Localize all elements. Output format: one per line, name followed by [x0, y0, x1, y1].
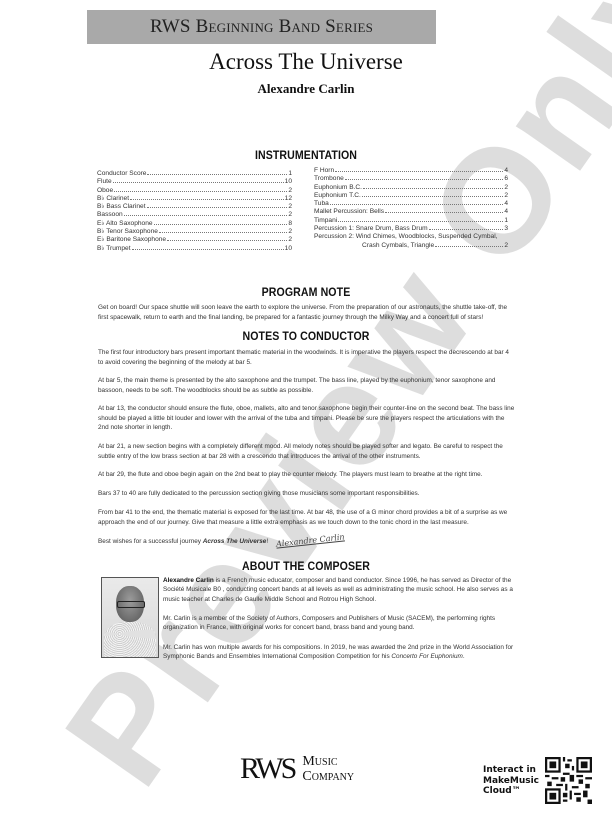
instrument-name: B♭ Trumpet	[97, 245, 131, 253]
leader-dots	[167, 240, 287, 241]
leader-dots	[335, 171, 503, 172]
instrument-count: 1	[288, 170, 292, 178]
notes-to-conductor-heading: NOTES TO CONDUCTOR	[24, 331, 587, 343]
instrument-row: Timpani1	[314, 217, 508, 225]
leader-dots	[330, 204, 504, 205]
leader-dots	[147, 174, 287, 175]
instrument-name: Flute	[97, 178, 112, 186]
instrument-name: B♭ Bass Clarinet	[97, 203, 146, 211]
leader-dots	[363, 188, 503, 189]
leader-dots	[154, 224, 288, 225]
instrument-name: Bassoon	[97, 211, 123, 219]
instrument-count: 4	[504, 208, 508, 216]
cloud-line-2: MakeMusic	[483, 776, 539, 787]
conductor-note-3: At bar 13, the conductor should ensure t…	[98, 404, 515, 433]
rws-logo-mark: RWS	[240, 752, 294, 786]
instrument-count: 2	[288, 187, 292, 195]
cloud-line-3: Cloud™	[483, 786, 539, 797]
instrument-count: 2	[504, 242, 508, 250]
instrument-count: 2	[288, 236, 292, 244]
program-note-heading: PROGRAM NOTE	[24, 287, 587, 299]
instrument-count: 1	[504, 217, 508, 225]
instrument-name: Euphonium B.C.	[314, 184, 362, 192]
about-paragraph-2: Mr. Carlin is a member of the Society of…	[163, 614, 515, 633]
rws-logo-text: Music Company	[302, 754, 354, 784]
instrument-count: 3	[504, 225, 508, 233]
leader-dots	[338, 221, 503, 222]
instrument-count: 2	[504, 192, 508, 200]
program-note-text: Get on board! Our space shuttle will soo…	[98, 303, 515, 322]
conductor-note-6: Bars 37 to 40 are fully dedicated to the…	[98, 489, 515, 499]
instrument-row: B♭ Trumpet10	[97, 245, 292, 253]
instrument-row: Oboe2	[97, 187, 292, 195]
leader-dots	[345, 179, 504, 180]
leader-dots	[435, 246, 503, 247]
logo-line-2: Company	[302, 769, 354, 784]
instrument-name: Percussion 1: Snare Drum, Bass Drum	[314, 225, 428, 233]
about-p3-work: Concerto For Euphonium	[391, 653, 462, 660]
instrument-name: B♭ Clarinet	[97, 195, 129, 203]
leader-dots	[429, 229, 504, 230]
instrument-count: 10	[285, 245, 292, 253]
closing-title: Across The Universe	[203, 538, 267, 545]
instrument-count: 4	[504, 167, 508, 175]
instrument-count: 4	[504, 200, 508, 208]
instrument-name: Mallet Percussion: Bells	[314, 208, 384, 216]
instrument-name: Percussion 2: Wind Chimes, Woodblocks, S…	[314, 233, 498, 241]
instrument-row: B♭ Bass Clarinet2	[97, 203, 292, 211]
instrument-count: 12	[285, 195, 292, 203]
instrument-row: Flute10	[97, 178, 292, 186]
leader-dots	[385, 212, 503, 213]
instrument-count: 10	[285, 178, 292, 186]
instrument-row: Tuba4	[314, 200, 508, 208]
piece-title: Across The Universe	[0, 49, 612, 75]
leader-dots	[130, 199, 284, 200]
instrument-row: Conductor Score1	[97, 170, 292, 178]
about-paragraph-1: Alexandre Carlin is a French music educa…	[163, 576, 515, 604]
cloud-line-1: Interact in	[483, 765, 539, 776]
instrument-row: Euphonium T.C.2	[314, 192, 508, 200]
leader-dots	[113, 182, 284, 183]
instrument-count: 2	[504, 184, 508, 192]
instrument-name: Crash Cymbals, Triangle	[314, 242, 434, 250]
photo-glasses	[117, 601, 145, 608]
leader-dots	[147, 207, 288, 208]
instrument-name: Euphonium T.C.	[314, 192, 361, 200]
composer-photo	[101, 577, 159, 658]
instrument-name: E♭ Baritone Saxophone	[97, 236, 166, 244]
instrument-row: F Horn4	[314, 167, 508, 175]
leader-dots	[132, 249, 284, 250]
composer-name: Alexandre Carlin	[0, 81, 612, 97]
instrument-name: Oboe	[97, 187, 113, 195]
conductor-note-1: The first four introductory bars present…	[98, 348, 515, 367]
instrument-count: 2	[288, 203, 292, 211]
instrument-count: 2	[288, 228, 292, 236]
series-name: RWS Beginning Band Series	[150, 16, 373, 38]
instrument-name: Timpani	[314, 217, 337, 225]
instrument-name: Conductor Score	[97, 170, 146, 178]
instrument-count: 2	[288, 211, 292, 219]
conductor-note-5: At bar 29, the flute and oboe begin agai…	[98, 470, 515, 480]
leader-dots	[362, 196, 504, 197]
instrument-name: Tuba	[314, 200, 329, 208]
rws-logo: RWS Music Company	[240, 752, 354, 786]
photo-shirt	[104, 622, 156, 658]
instrument-row: B♭ Tenor Saxophone2	[97, 228, 292, 236]
instrument-count: 6	[504, 175, 508, 183]
instrument-row: E♭ Alto Saxophone8	[97, 220, 292, 228]
instrument-row: Percussion 2: Wind Chimes, Woodblocks, S…	[314, 233, 508, 241]
instrument-row: Crash Cymbals, Triangle2	[314, 242, 508, 250]
instrument-row: Bassoon2	[97, 211, 292, 219]
instrumentation-heading: INSTRUMENTATION	[24, 150, 587, 162]
closing-line: Best wishes for a successful journey Acr…	[98, 536, 515, 547]
makemusic-cloud-label: Interact in MakeMusic Cloud™	[483, 765, 539, 797]
instrument-row: Percussion 1: Snare Drum, Bass Drum3	[314, 225, 508, 233]
series-banner: RWS Beginning Band Series	[87, 10, 436, 44]
instrument-count: 8	[288, 220, 292, 228]
conductor-note-7: From bar 41 to the end, the thematic mat…	[98, 508, 515, 527]
instrument-row: Euphonium B.C.2	[314, 184, 508, 192]
qr-code-icon[interactable]	[545, 757, 592, 804]
conductor-note-4: At bar 21, a new section begins with a c…	[98, 442, 515, 461]
about-paragraph-3: Mr. Carlin has won multiple awards for h…	[163, 643, 515, 662]
instrument-name: F Horn	[314, 167, 334, 175]
instrumentation-list-left: Conductor Score1Flute10Oboe2B♭ Clarinet1…	[97, 170, 292, 253]
instrument-name: Trombone	[314, 175, 344, 183]
instrument-row: B♭ Clarinet12	[97, 195, 292, 203]
instrument-name: B♭ Tenor Saxophone	[97, 228, 158, 236]
instrument-row: Mallet Percussion: Bells4	[314, 208, 508, 216]
leader-dots	[114, 191, 287, 192]
composer-signature: Alexandre Carlin	[276, 532, 345, 549]
about-p1-text: is a French music educator, composer and…	[163, 577, 513, 603]
leader-dots	[159, 232, 287, 233]
closing-prefix: Best wishes for a successful journey	[98, 538, 203, 545]
about-composer-heading: ABOUT THE COMPOSER	[24, 561, 587, 573]
about-name: Alexandre Carlin	[163, 577, 214, 584]
instrument-row: E♭ Baritone Saxophone2	[97, 236, 292, 244]
about-p3-suffix: .	[463, 653, 465, 660]
instrument-row: Trombone6	[314, 175, 508, 183]
leader-dots	[124, 215, 288, 216]
conductor-note-2: At bar 5, the main theme is presented by…	[98, 376, 515, 395]
instrumentation-list-right: F Horn4Trombone6Euphonium B.C.2Euphonium…	[314, 167, 508, 250]
logo-line-1: Music	[302, 754, 354, 769]
closing-suffix: !	[266, 538, 268, 545]
instrument-name: E♭ Alto Saxophone	[97, 220, 153, 228]
